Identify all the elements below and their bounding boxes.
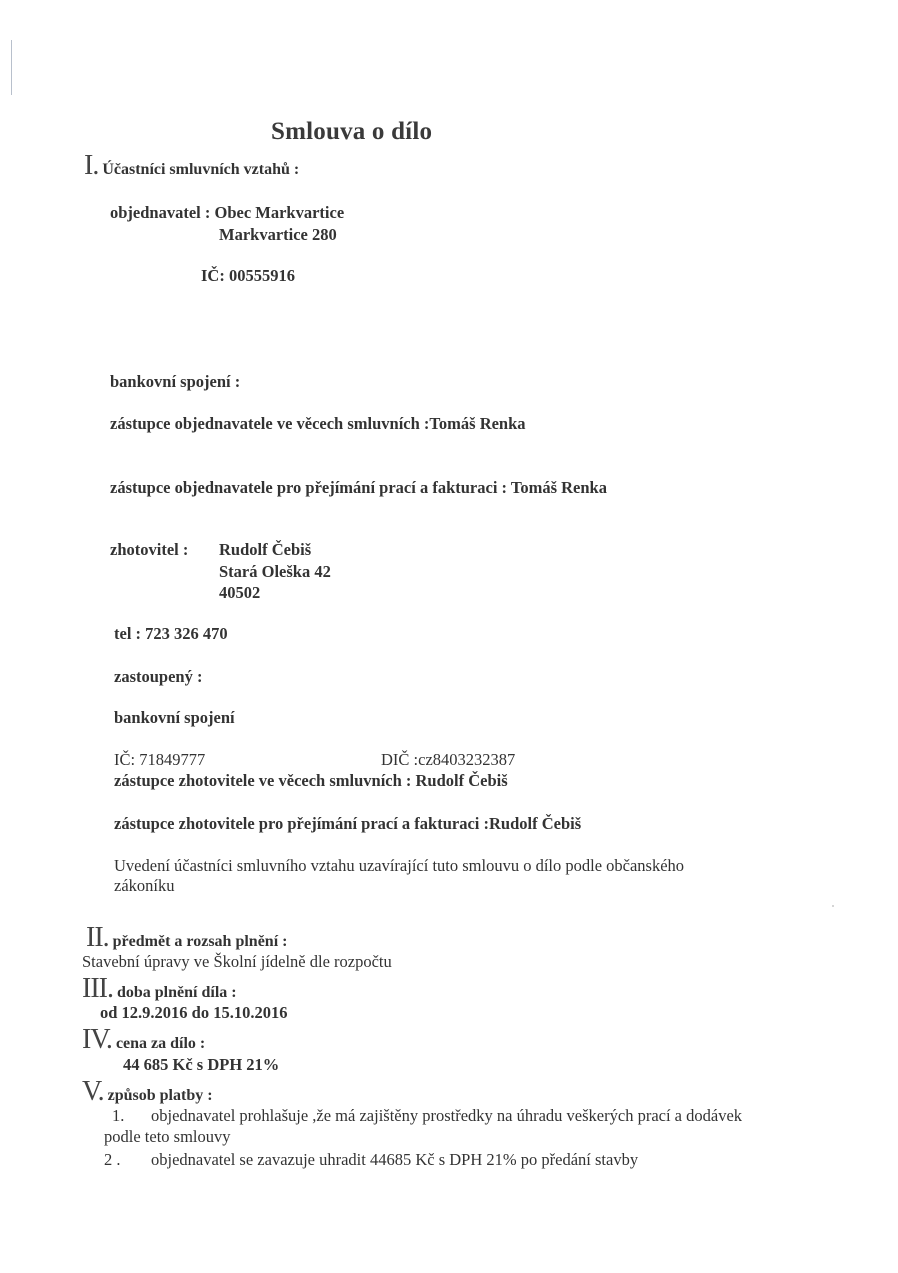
section-title: předmět a rozsah plnění : (113, 933, 288, 950)
parties-statement-line2: zákoníku (114, 876, 174, 896)
contractor-zip: 40502 (219, 583, 260, 603)
payment-item-2-text: objednavatel se zavazuje uhradit 44685 K… (151, 1150, 638, 1170)
price-text: 44 685 Kč s DPH 21% (123, 1055, 279, 1075)
section-numeral: II. (86, 922, 109, 953)
parties-statement-line1: Uvedení účastníci smluvního vztahu uzaví… (114, 856, 684, 876)
section-title: doba plnění díla : (117, 984, 237, 1001)
contractor-phone: tel : 723 326 470 (114, 624, 228, 644)
document-title: Smlouva o dílo (271, 118, 432, 146)
client-ic: IČ: 00555916 (201, 266, 295, 286)
scan-artifact-line (11, 40, 12, 95)
contractor-street: Stará Oleška 42 (219, 562, 331, 582)
section-title: Účastníci smluvních vztahů : (102, 161, 299, 178)
scan-speck (832, 905, 834, 907)
section-2-heading: II. předmět a rozsah plnění : (86, 922, 287, 954)
client-rep-contract: zástupce objednavatele ve věcech smluvní… (110, 414, 526, 434)
section-5-heading: V. způsob platby : (82, 1076, 213, 1108)
contractor-ic: IČ: 71849777 (114, 750, 205, 770)
subject-text: Stavební úpravy ve Školní jídelně dle ro… (82, 952, 392, 972)
section-numeral: I. (84, 150, 98, 181)
client-name: Obec Markvartice (215, 203, 345, 222)
client-address: Markvartice 280 (219, 225, 337, 245)
payment-item-1-number: 1. (112, 1106, 124, 1126)
section-1-heading: I. Účastníci smluvních vztahů : (84, 150, 299, 182)
payment-item-2-number: 2 . (104, 1150, 121, 1170)
payment-item-1-line2: podle teto smlouvy (104, 1127, 231, 1147)
contractor-dic: DIČ :cz8403232387 (381, 750, 515, 770)
client-line: objednavatel : Obec Markvartice (110, 203, 344, 223)
section-4-heading: IV. cena za dílo : (82, 1024, 205, 1056)
client-bank-label: bankovní spojení : (110, 372, 240, 392)
client-label: objednavatel : (110, 203, 215, 222)
period-text: od 12.9.2016 do 15.10.2016 (100, 1003, 287, 1023)
contractor-rep-contract: zástupce zhotovitele ve věcech smluvních… (114, 771, 508, 791)
section-3-heading: III. doba plnění díla : (82, 973, 237, 1005)
section-numeral: V. (82, 1076, 104, 1107)
contractor-bank-label: bankovní spojení (114, 708, 235, 728)
section-title: cena za dílo : (116, 1035, 205, 1052)
contractor-label: zhotovitel : (110, 540, 188, 560)
contractor-represented: zastoupený : (114, 667, 202, 687)
section-numeral: III. (82, 973, 113, 1004)
contractor-rep-invoice: zástupce zhotovitele pro přejímání prací… (114, 814, 581, 834)
client-rep-invoice: zástupce objednavatele pro přejímání pra… (110, 478, 607, 498)
section-numeral: IV. (82, 1024, 112, 1055)
contractor-name: Rudolf Čebiš (219, 540, 311, 560)
payment-item-1-line1: objednavatel prohlašuje ,že má zajištěny… (151, 1106, 742, 1126)
section-title: způsob platby : (108, 1087, 213, 1104)
